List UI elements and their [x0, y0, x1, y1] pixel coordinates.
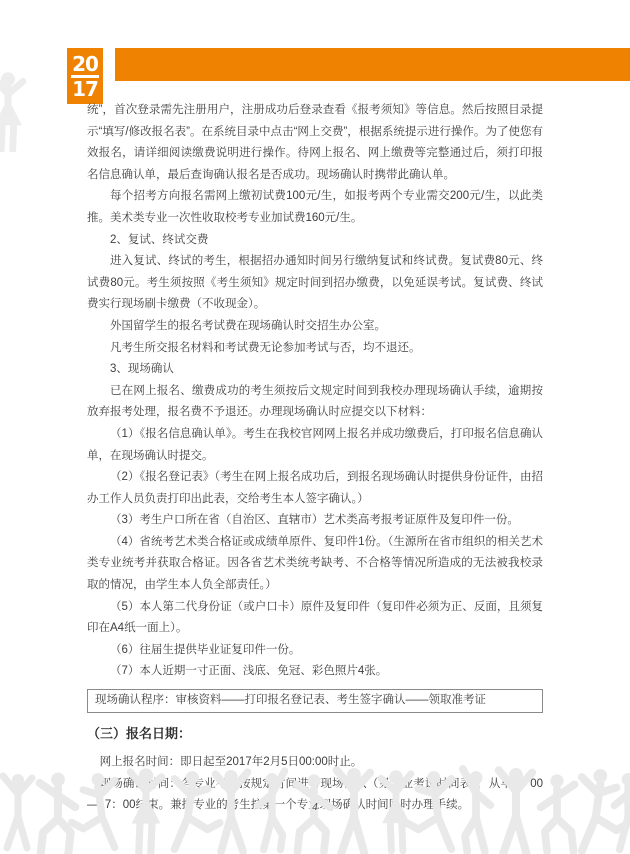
paragraph-initial-exam-fee: 每个招考方向报名需网上缴初试费100元/生，如报考两个专业需交200元/生，以此… — [87, 186, 543, 229]
numbered-item-3-art-exam-certificate: （3）考生户口所在省（自治区、直辖市）艺术类高考报考证原件及复印件一份。 — [87, 510, 543, 532]
paragraph-retest-final-fee: 进入复试、终试的考生，根据招办通知时间另行缴纳复试和终试费。复试费80元、终试费… — [87, 251, 543, 316]
paragraph-onsite-confirmation-intro: 已在网上报名、缴费成功的考生须按后文规定时间到我校办理现场确认手续，逾期按放弃报… — [87, 381, 543, 424]
list-title-onsite-confirmation: 3、现场确认 — [87, 359, 543, 381]
numbered-item-1-confirmation-slip: （1）《报名信息确认单》。考生在我校官网网上报名并成功缴费后，打印报名信息确认单… — [87, 424, 543, 467]
numbered-item-7-photos: （7）本人近期一寸正面、浅底、免冠、彩色照片4张。 — [87, 661, 543, 683]
dancers-silhouette-strip — [0, 742, 630, 854]
year-2017-badge: 20 17 — [67, 48, 103, 104]
paragraph-online-registration-continued: 统”，首次登录需先注册用户，注册成功后登录查看《报考须知》等信息。然后按照目录提… — [87, 100, 543, 186]
list-title-retest-final-payment: 2、复试、终试交费 — [87, 230, 543, 252]
onsite-confirmation-procedure-box: 现场确认程序：审核资料——打印报名登记表、考生签字确认——领取准考证 — [87, 689, 543, 713]
numbered-item-4-provincial-certificate: （4）省统考艺术类合格证或成绩单原件、复印件1份。（生源所在省市组织的相关艺术类… — [87, 532, 543, 597]
numbered-item-2-registration-form: （2）《报名登记表》（考生在网上报名成功后，到报名现场确认时提供身份证件，由招办… — [87, 467, 543, 510]
numbered-item-5-id-card: （5）本人第二代身份证（或户口卡）原件及复印件（复印件必须为正、反面，且须复印在… — [87, 597, 543, 640]
year-top-text: 20 — [71, 53, 99, 78]
document-body: 统”，首次登录需先注册用户，注册成功后登录查看《报考须知》等信息。然后按照目录提… — [87, 100, 543, 817]
page-number: 4 — [0, 801, 630, 813]
section-heading-registration-dates: （三）报名日期： — [87, 725, 543, 743]
year-bottom-text: 17 — [72, 79, 98, 99]
corner-dancer-silhouette-icon — [0, 52, 28, 152]
header-orange-bar — [115, 48, 630, 81]
paragraph-foreign-students-fee: 外国留学生的报名考试费在现场确认时交招生办公室。 — [87, 316, 543, 338]
paragraph-no-refund: 凡考生所交报名材料和考试费无论参加考试与否，均不退还。 — [87, 338, 543, 360]
numbered-item-6-diploma-copy: （6）往届生提供毕业证复印件一份。 — [87, 640, 543, 662]
document-page: { "header": { "year_top": "20", "year_bo… — [0, 0, 630, 854]
